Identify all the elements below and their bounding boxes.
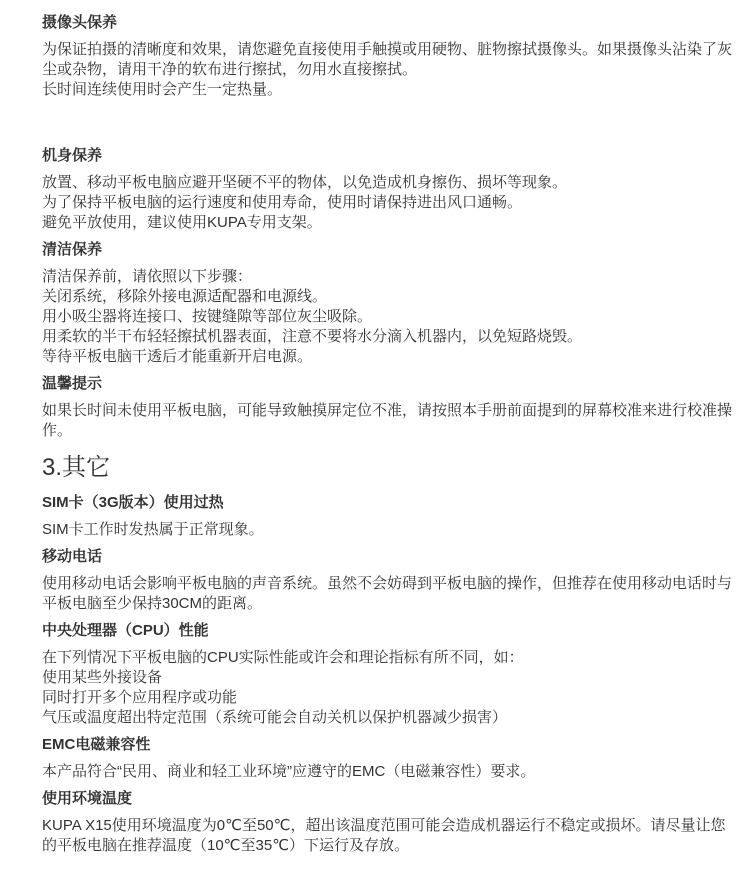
section-body-care: 机身保养 放置、移动平板电脑应避开坚硬不平的物体，以免造成机身擦伤、损坏等现象。… <box>42 146 736 233</box>
paragraph: 为保证拍摄的清晰度和效果，请您避免直接使用手触摸或用硬物、脏物擦拭摄像头。如果摄… <box>42 40 736 80</box>
section-mobile-phone: 移动电话 使用移动电话会影响平板电脑的声音系统。虽然不会妨碍到平板电脑的操作，但… <box>42 547 736 614</box>
paragraph: 气压或温度超出特定范围（系统可能会自动关机以保护机器减少损害） <box>42 708 736 728</box>
section-heading-mobile-phone: 移动电话 <box>42 547 736 567</box>
paragraph: 清洁保养前，请依照以下步骤： <box>42 267 736 287</box>
paragraph: 关闭系统，移除外接电源适配器和电源线。 <box>42 287 736 307</box>
section-heading-body-care: 机身保养 <box>42 146 736 166</box>
paragraph: 避免平放使用，建议使用KUPA专用支架。 <box>42 213 736 233</box>
section-heading-camera-care: 摄像头保养 <box>42 13 736 33</box>
section-camera-care: 摄像头保养 为保证拍摄的清晰度和效果，请您避免直接使用手触摸或用硬物、脏物擦拭摄… <box>42 13 736 100</box>
paragraph: SIM卡工作时发热属于正常现象。 <box>42 520 736 540</box>
chapter-heading-others: 3.其它 <box>42 453 736 483</box>
paragraph: 如果长时间未使用平板电脑，可能导致触摸屏定位不准，请按照本手册前面提到的屏幕校准… <box>42 401 736 441</box>
section-heading-operating-temperature: 使用环境温度 <box>42 789 736 809</box>
paragraph: 为了保持平板电脑的运行速度和使用寿命，使用时请保持进出风口通畅。 <box>42 193 736 213</box>
section-heading-cleaning-care: 清洁保养 <box>42 240 736 260</box>
paragraph: 用小吸尘器将连接口、按键缝隙等部位灰尘吸除。 <box>42 307 736 327</box>
paragraph: 在下列情况下平板电脑的CPU实际性能或许会和理论指标有所不同，如： <box>42 648 736 668</box>
paragraph: 长时间连续使用时会产生一定热量。 <box>42 80 736 100</box>
paragraph: 等待平板电脑干透后才能重新开启电源。 <box>42 347 736 367</box>
paragraph: 放置、移动平板电脑应避开坚硬不平的物体，以免造成机身擦伤、损坏等现象。 <box>42 173 736 193</box>
paragraph: 使用某些外接设备 <box>42 668 736 688</box>
section-heading-sim-card-heat: SIM卡（3G版本）使用过热 <box>42 493 736 513</box>
section-emc-compatibility: EMC电磁兼容性 本产品符合“民用、商业和轻工业环境”应遵守的EMC（电磁兼容性… <box>42 735 736 782</box>
section-sim-card-heat: SIM卡（3G版本）使用过热 SIM卡工作时发热属于正常现象。 <box>42 493 736 540</box>
paragraph: 用柔软的半干布轻轻擦拭机器表面，注意不要将水分滴入机器内，以免短路烧毁。 <box>42 327 736 347</box>
section-warm-tips: 温馨提示 如果长时间未使用平板电脑，可能导致触摸屏定位不准，请按照本手册前面提到… <box>42 374 736 441</box>
section-heading-warm-tips: 温馨提示 <box>42 374 736 394</box>
paragraph: 本产品符合“民用、商业和轻工业环境”应遵守的EMC（电磁兼容性）要求。 <box>42 762 736 782</box>
section-cleaning-care: 清洁保养 清洁保养前，请依照以下步骤： 关闭系统，移除外接电源适配器和电源线。 … <box>42 240 736 367</box>
section-cpu-performance: 中央处理器（CPU）性能 在下列情况下平板电脑的CPU实际性能或许会和理论指标有… <box>42 621 736 728</box>
section-operating-temperature: 使用环境温度 KUPA X15使用环境温度为0℃至50℃，超出该温度范围可能会造… <box>42 789 736 856</box>
section-heading-emc-compatibility: EMC电磁兼容性 <box>42 735 736 755</box>
manual-page: 摄像头保养 为保证拍摄的清晰度和效果，请您避免直接使用手触摸或用硬物、脏物擦拭摄… <box>0 0 750 877</box>
section-heading-cpu-performance: 中央处理器（CPU）性能 <box>42 621 736 641</box>
paragraph: 同时打开多个应用程序或功能 <box>42 688 736 708</box>
paragraph: 使用移动电话会影响平板电脑的声音系统。虽然不会妨碍到平板电脑的操作，但推荐在使用… <box>42 574 736 614</box>
paragraph: KUPA X15使用环境温度为0℃至50℃，超出该温度范围可能会造成机器运行不稳… <box>42 816 736 856</box>
